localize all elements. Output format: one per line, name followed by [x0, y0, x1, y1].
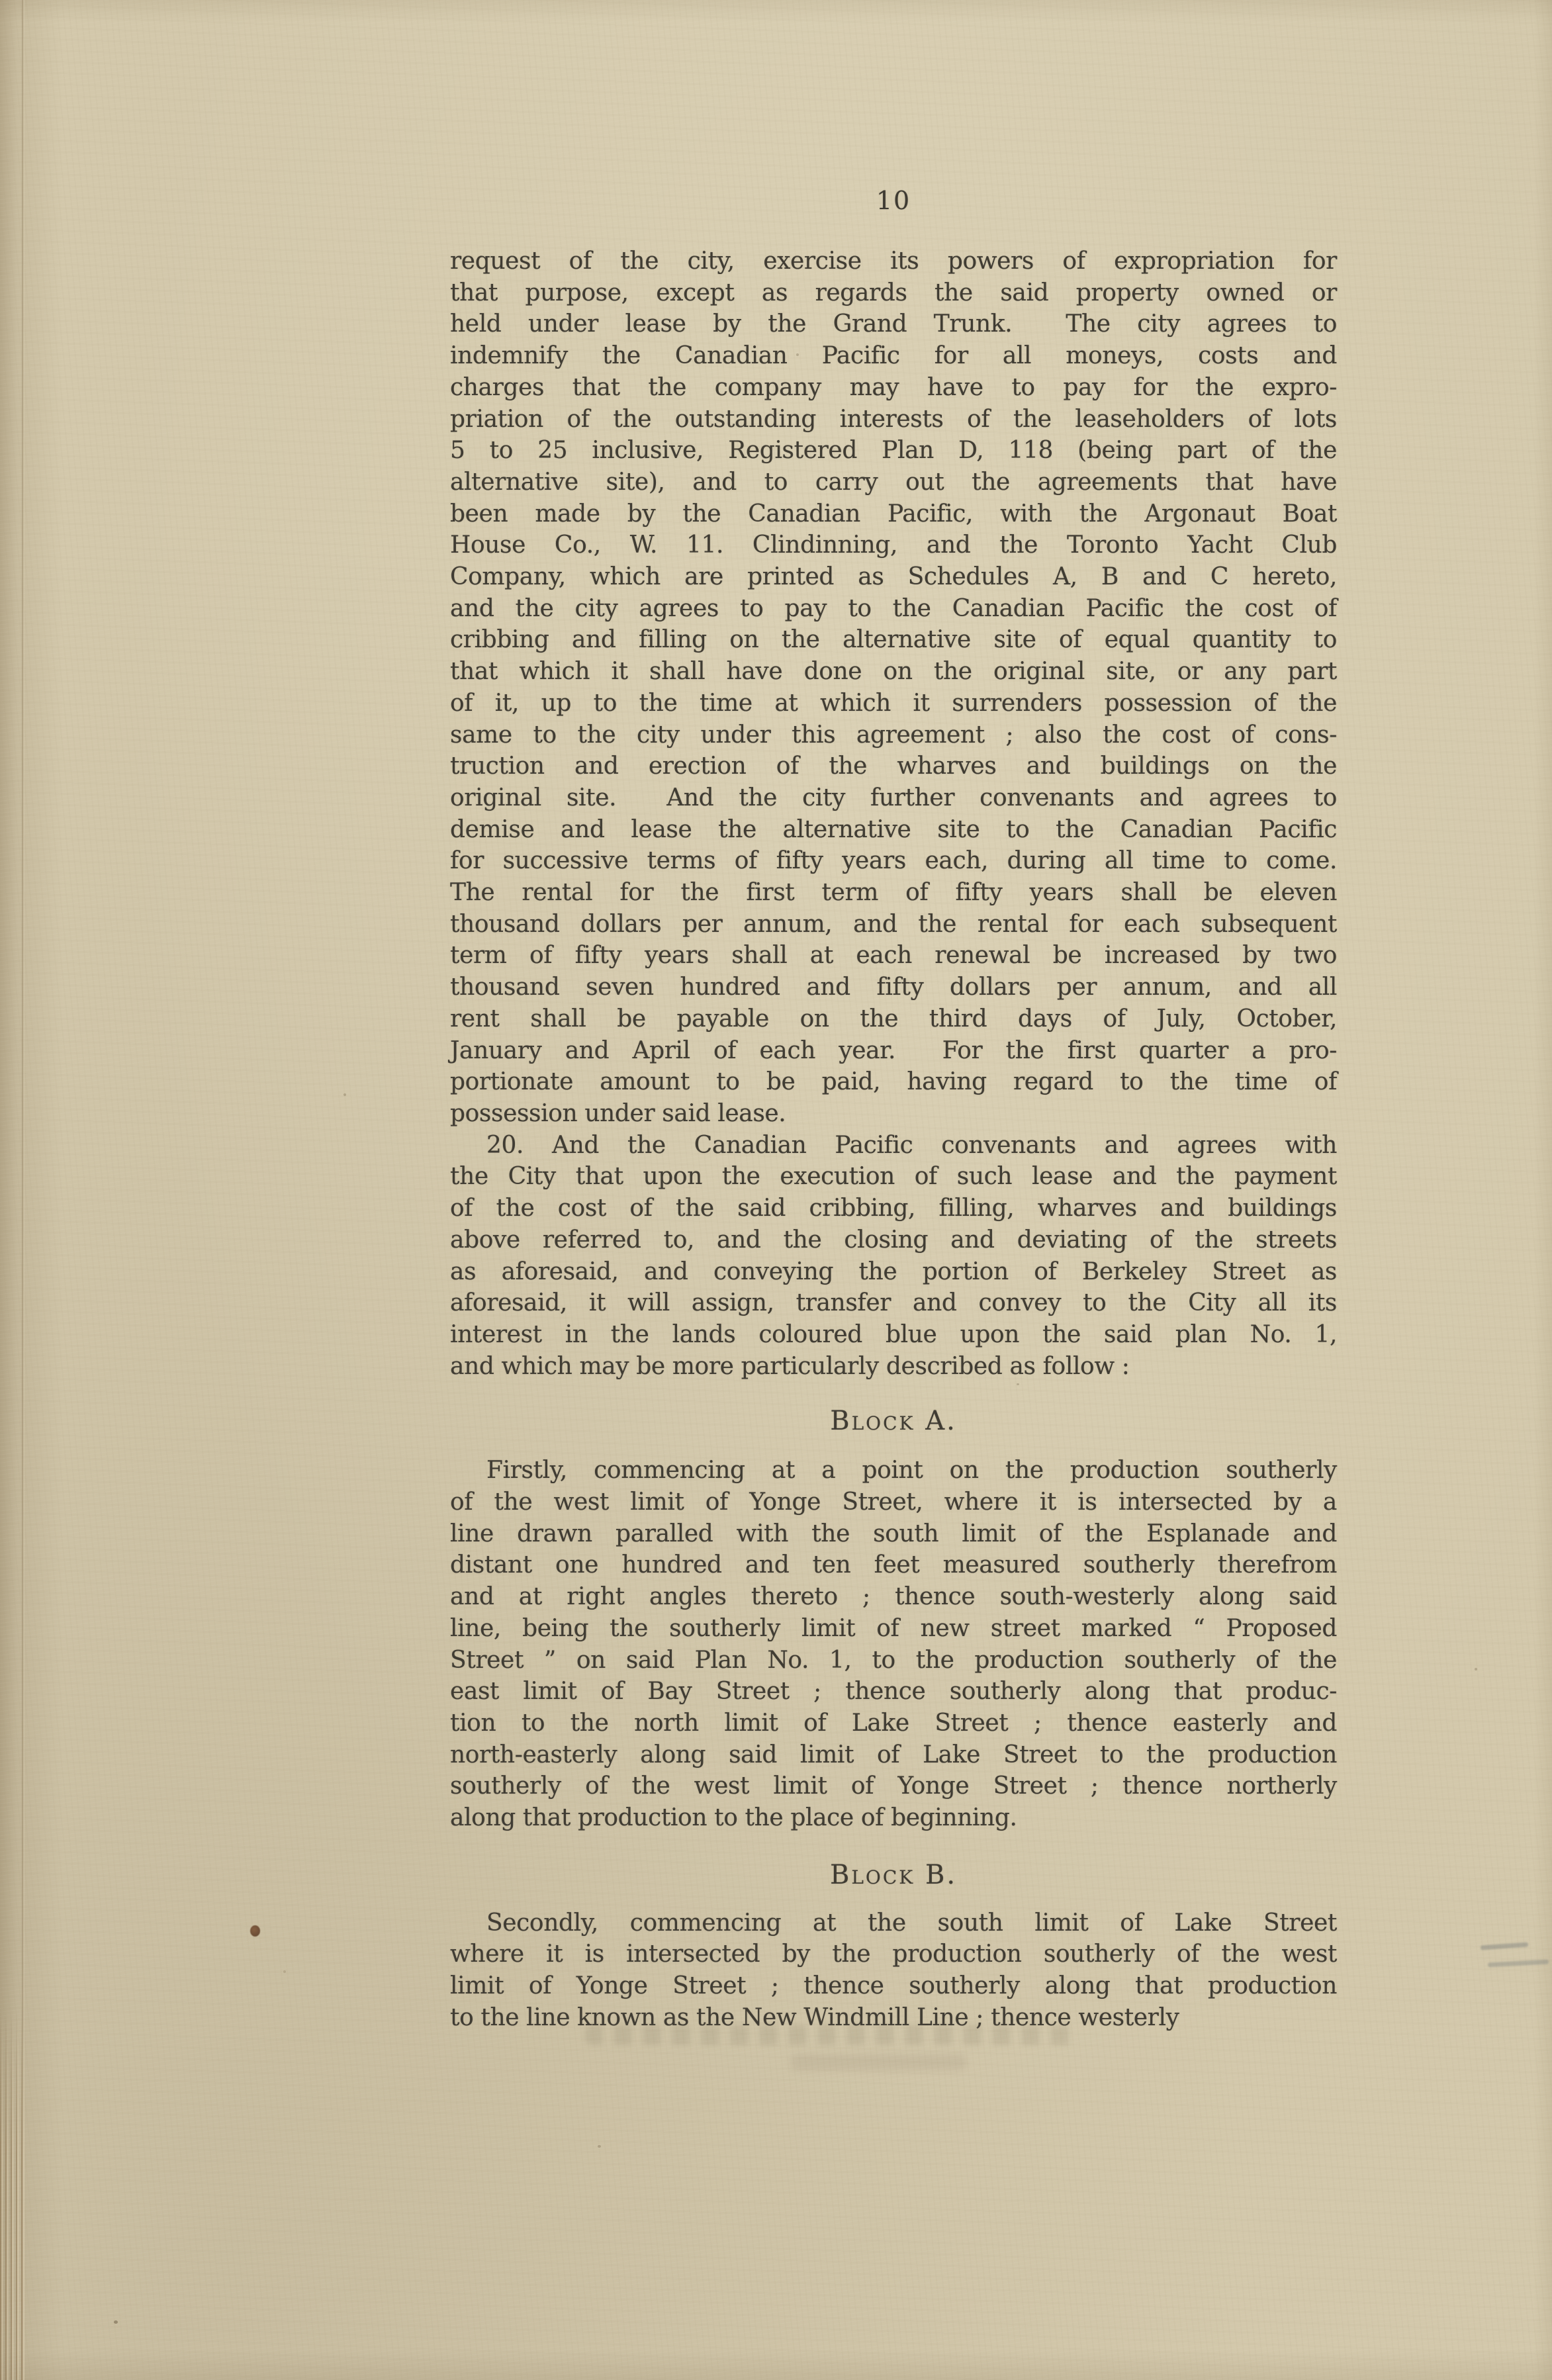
- text-line: line drawn paralled with the south limit…: [450, 1518, 1337, 1550]
- text-line: original site. And the city further conv…: [450, 782, 1337, 814]
- text-line: tion to the north limit of Lake Street ;…: [450, 1708, 1337, 1739]
- section-heading-block-a: Block A.: [450, 1405, 1337, 1437]
- text-line: possession under said lease.: [450, 1098, 1337, 1130]
- text-line: southerly of the west limit of Yonge Str…: [450, 1770, 1337, 1802]
- text-line: January and April of each year. For the …: [450, 1035, 1337, 1067]
- text-line: and which may be more particularly descr…: [450, 1351, 1337, 1383]
- paper-speck: [598, 2145, 601, 2148]
- text-line: charges that the company may have to pay…: [450, 372, 1337, 404]
- showthrough-smudge: [791, 2054, 966, 2070]
- text-line: Firstly, commencing at a point on the pr…: [450, 1455, 1337, 1487]
- text-line: request of the city, exercise its powers…: [450, 246, 1337, 277]
- text-line: limit of Yonge Street ; thence southerly…: [450, 1970, 1337, 2002]
- text-line: line, being the southerly limit of new s…: [450, 1613, 1337, 1645]
- text-line: of the west limit of Yonge Street, where…: [450, 1487, 1337, 1518]
- paper-speck: [1309, 822, 1312, 824]
- text-line: cribbing and filling on the alternative …: [450, 624, 1337, 656]
- paragraph: request of the city, exercise its powers…: [450, 246, 1337, 1130]
- text-line: that which it shall have done on the ori…: [450, 656, 1337, 688]
- book-binding-edge: [0, 2009, 26, 2380]
- text-line: portionate amount to be paid, having reg…: [450, 1066, 1337, 1098]
- text-line: where it is intersected by the productio…: [450, 1939, 1337, 1970]
- paragraph: Secondly, commencing at the south limit …: [450, 1907, 1337, 2034]
- paper-speck: [1475, 1668, 1477, 1671]
- paper-speck: [283, 1970, 286, 1973]
- text-line: alternative site), and to carry out the …: [450, 467, 1337, 498]
- paper-speck: [1017, 1383, 1019, 1385]
- text-line: distant one hundred and ten feet measure…: [450, 1549, 1337, 1581]
- page-number: 10: [450, 186, 1337, 215]
- text-line: rent shall be payable on the third days …: [450, 1003, 1337, 1035]
- text-line: north-easterly along said limit of Lake …: [450, 1739, 1337, 1771]
- text-line: truction and erection of the wharves and…: [450, 751, 1337, 782]
- text-column: request of the city, exercise its powers…: [450, 246, 1337, 2034]
- text-line: 5 to 25 inclusive, Registered Plan D, 11…: [450, 435, 1337, 467]
- paragraph: Firstly, commencing at a point on the pr…: [450, 1455, 1337, 1833]
- paper-speck: [343, 1093, 346, 1096]
- text-line: thousand dollars per annum, and the rent…: [450, 909, 1337, 940]
- text-line: interest in the lands coloured blue upon…: [450, 1319, 1337, 1351]
- text-line: held under lease by the Grand Trunk. The…: [450, 308, 1337, 340]
- ink-spot: [250, 1925, 260, 1937]
- paper-speck: [796, 353, 799, 356]
- text-line: been made by the Canadian Pacific, with …: [450, 498, 1337, 530]
- text-line: the City that upon the execution of such…: [450, 1161, 1337, 1193]
- text-line: thousand seven hundred and fifty dollars…: [450, 972, 1337, 1003]
- text-line: same to the city under this agreement ; …: [450, 719, 1337, 751]
- text-line: east limit of Bay Street ; thence southe…: [450, 1676, 1337, 1708]
- text-line: indemnify the Canadian Pacific for all m…: [450, 340, 1337, 372]
- paper-speck: [114, 2320, 118, 2324]
- text-line: and the city agrees to pay to the Canadi…: [450, 593, 1337, 625]
- text-line: and at right angles thereto ; thence sou…: [450, 1581, 1337, 1613]
- text-line: along that production to the place of be…: [450, 1802, 1337, 1834]
- text-line: for successive terms of fifty years each…: [450, 845, 1337, 877]
- text-line: Secondly, commencing at the south limit …: [450, 1907, 1337, 1939]
- text-line: House Co., W. 11. Clindinning, and the T…: [450, 529, 1337, 561]
- text-line: that purpose, except as regards the said…: [450, 277, 1337, 309]
- text-line: of the cost of the said cribbing, fillin…: [450, 1193, 1337, 1224]
- text-line: priation of the outstanding interests of…: [450, 404, 1337, 435]
- pencil-mark: [1488, 1960, 1549, 1968]
- section-heading-block-b: Block B.: [450, 1859, 1337, 1891]
- pencil-mark: [1481, 1942, 1528, 1950]
- text-line: above referred to, and the closing and d…: [450, 1224, 1337, 1256]
- document-page: 10 request of the city, exercise its pow…: [0, 0, 1552, 2380]
- text-line: The rental for the first term of fifty y…: [450, 877, 1337, 909]
- text-line: as aforesaid, and conveying the portion …: [450, 1256, 1337, 1288]
- text-line: term of fifty years shall at each renewa…: [450, 940, 1337, 972]
- text-line: Company, which are printed as Schedules …: [450, 561, 1337, 593]
- paragraph: 20. And the Canadian Pacific convenants …: [450, 1130, 1337, 1383]
- text-line: 20. And the Canadian Pacific convenants …: [450, 1130, 1337, 1162]
- text-line: Street ” on said Plan No. 1, to the prod…: [450, 1645, 1337, 1676]
- showthrough-smudge: [585, 2025, 1075, 2045]
- text-line: demise and lease the alternative site to…: [450, 814, 1337, 846]
- text-line: aforesaid, it will assign, transfer and …: [450, 1287, 1337, 1319]
- text-line: of it, up to the time at which it surren…: [450, 688, 1337, 719]
